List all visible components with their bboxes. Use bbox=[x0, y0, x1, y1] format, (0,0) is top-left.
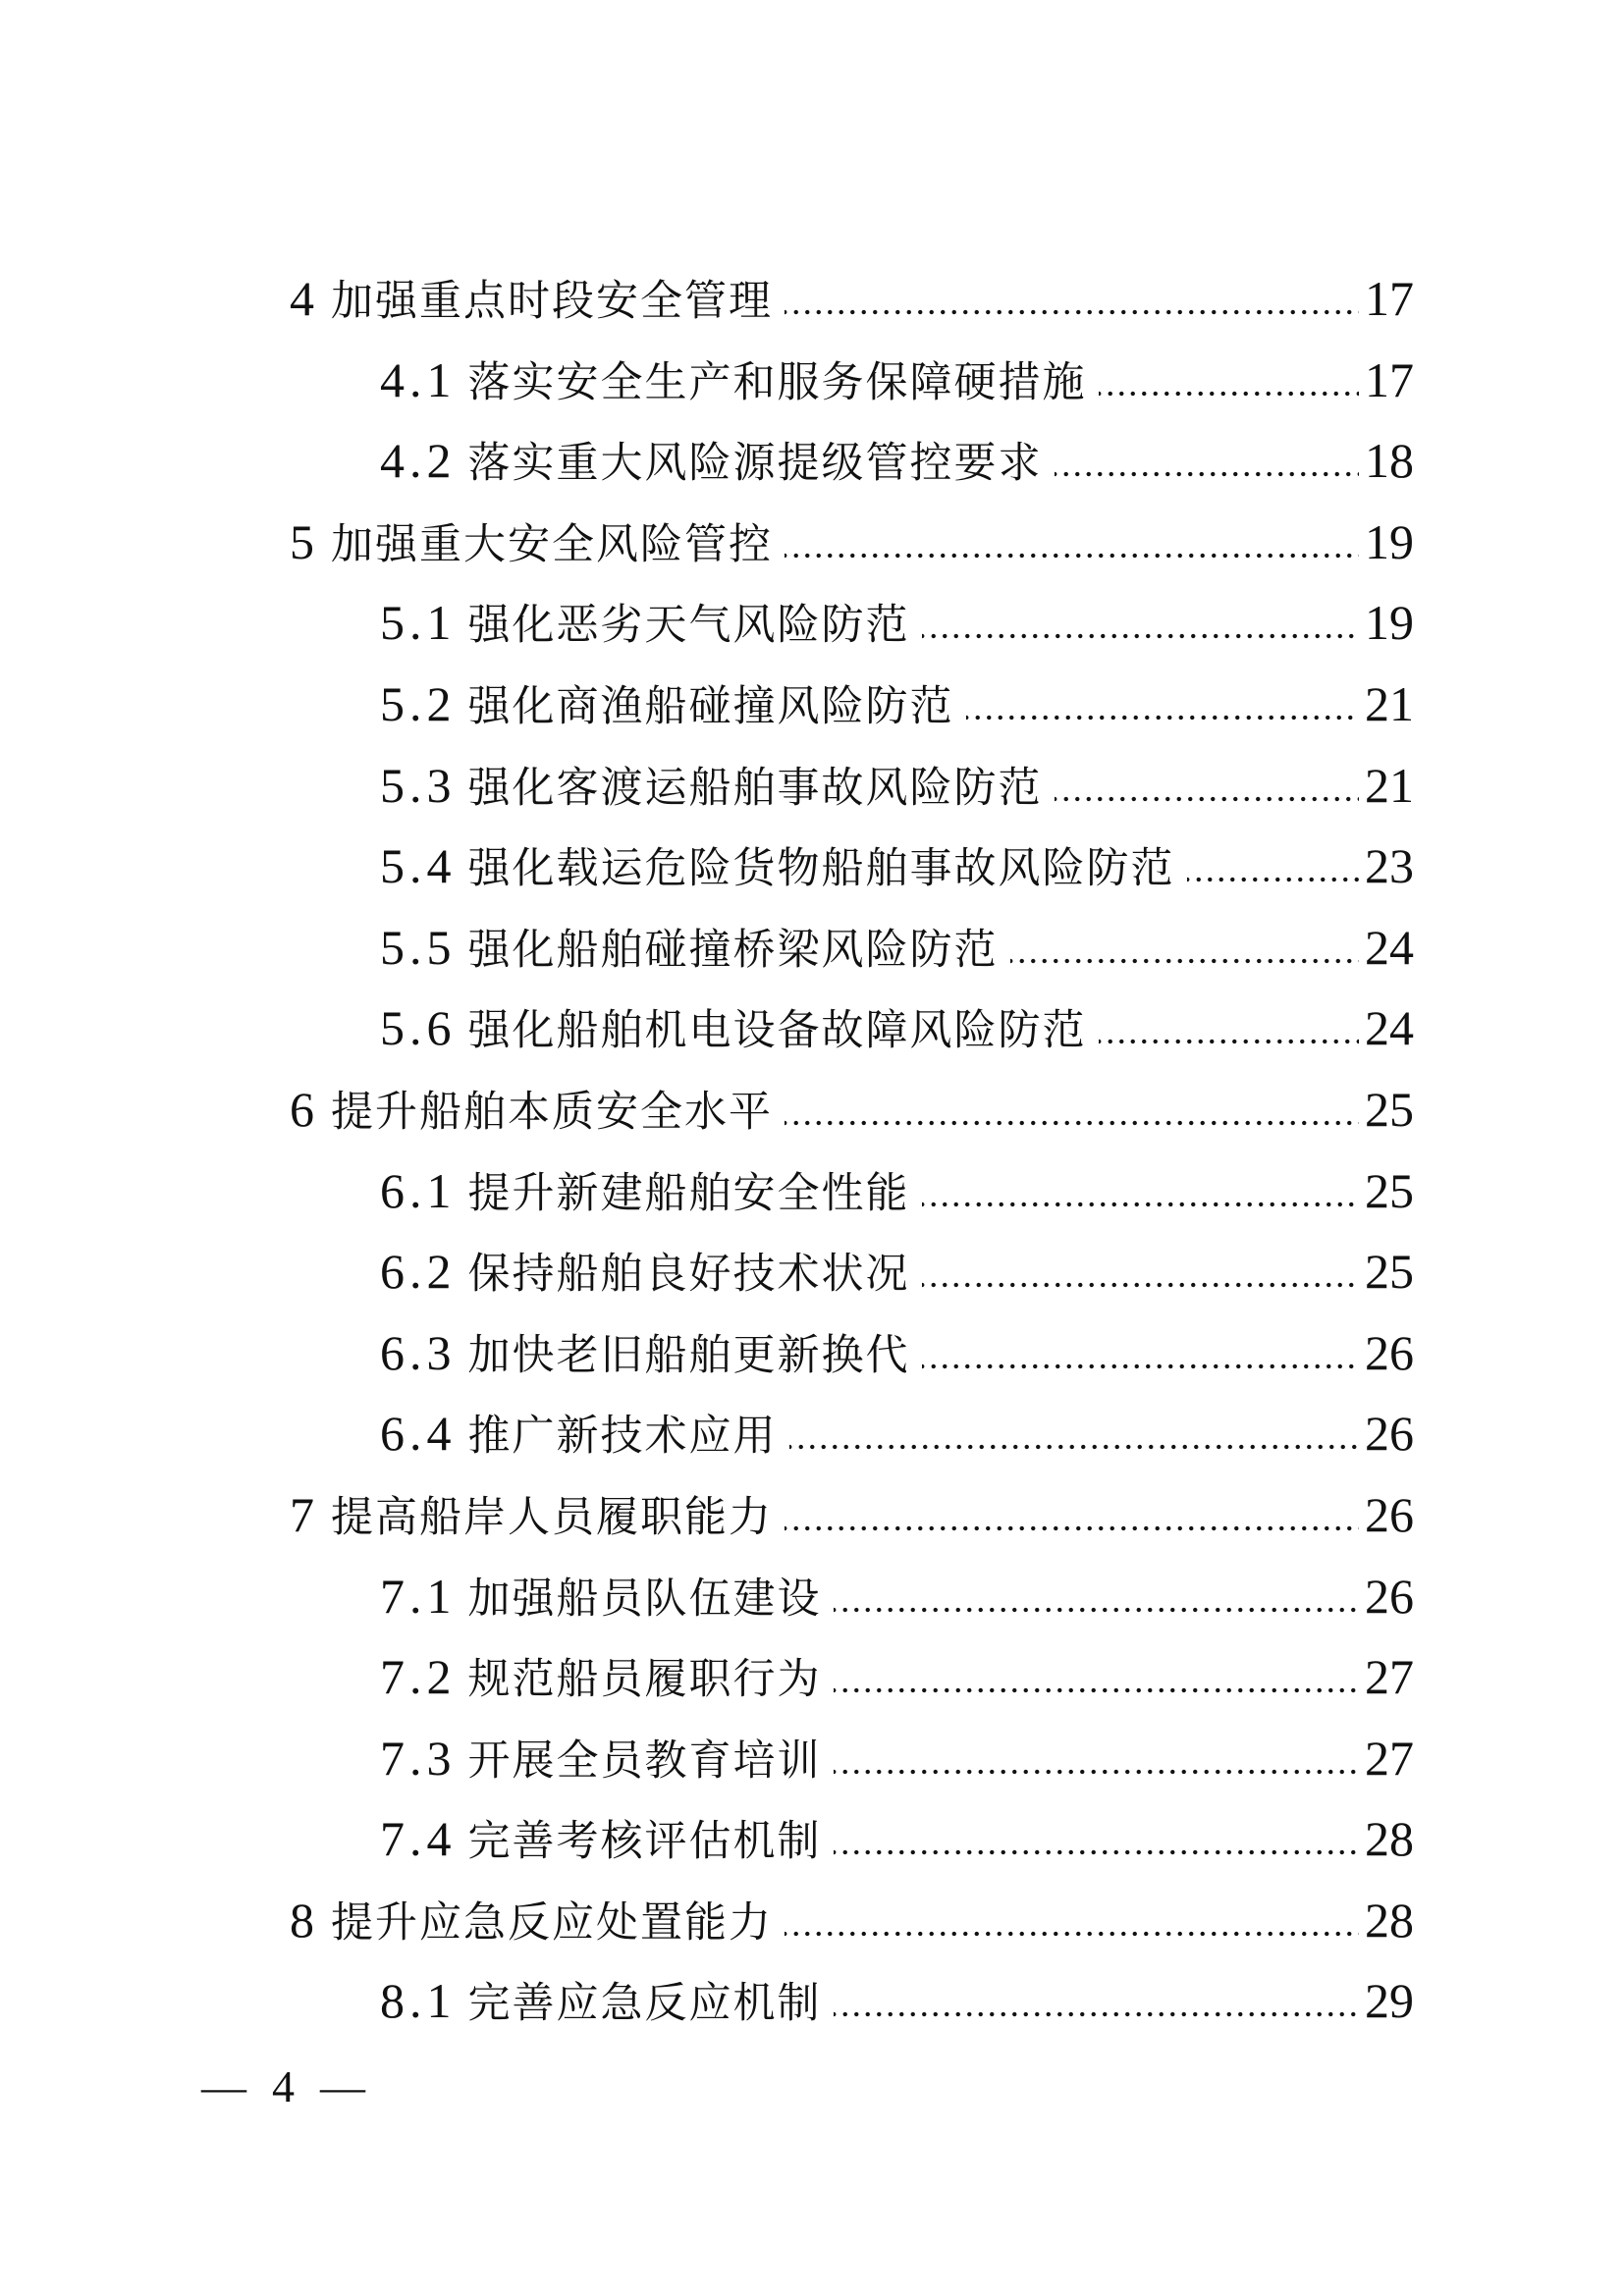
toc-entry-number: 6.4 bbox=[380, 1393, 457, 1474]
toc-entry: 6.1 提升新建船舶安全性能 25 bbox=[0, 1150, 1624, 1232]
toc-entry-number: 5.1 bbox=[380, 582, 457, 664]
toc-entry-page: 28 bbox=[1365, 1880, 1414, 1961]
toc-dot-leader bbox=[834, 1640, 1360, 1693]
toc-entry: 6.4 推广新技术应用 26 bbox=[0, 1393, 1624, 1474]
toc-dot-leader bbox=[785, 1073, 1359, 1126]
toc-entry: 5.5 强化船舶碰撞桥梁风险防范 24 bbox=[0, 907, 1624, 988]
toc-entry-title: 强化载运危险货物船舶事故风险防范 bbox=[468, 829, 1175, 911]
toc-dot-leader bbox=[1099, 991, 1360, 1044]
toc-dot-leader bbox=[1099, 344, 1360, 397]
toc-entry: 7.4 完善考核评估机制 28 bbox=[0, 1798, 1624, 1880]
toc-entry-page: 29 bbox=[1365, 1960, 1414, 2042]
toc-entry-number: 5.4 bbox=[380, 826, 457, 907]
toc-entry-title: 完善应急反应机制 bbox=[468, 1964, 822, 2046]
toc-entry-title: 推广新技术应用 bbox=[468, 1397, 778, 1478]
toc-dot-leader bbox=[785, 1884, 1359, 1937]
toc-dot-leader bbox=[834, 1560, 1360, 1613]
toc-entry-title: 强化客渡运船舶事故风险防范 bbox=[468, 749, 1043, 830]
toc-entry-number: 8 bbox=[290, 1880, 319, 1961]
page-footer: — 4 — bbox=[201, 2061, 365, 2112]
toc-dot-leader bbox=[1010, 911, 1360, 964]
toc-entry: 8.1 完善应急反应机制 29 bbox=[0, 1960, 1624, 2042]
toc-dot-leader bbox=[785, 262, 1359, 315]
toc-entry-title: 提高船岸人员履职能力 bbox=[331, 1478, 773, 1560]
toc-dot-leader bbox=[1187, 829, 1360, 882]
toc-entry-number: 5.2 bbox=[380, 664, 457, 745]
toc-entry: 5.3 强化客渡运船舶事故风险防范 21 bbox=[0, 745, 1624, 827]
toc-entry: 6.2 保持船舶良好技术状况 25 bbox=[0, 1231, 1624, 1312]
toc-dot-leader bbox=[922, 1235, 1360, 1288]
toc-entry-page: 24 bbox=[1365, 907, 1414, 988]
toc-entry-number: 8.1 bbox=[380, 1960, 457, 2042]
toc-entry-title: 强化船舶碰撞桥梁风险防范 bbox=[468, 911, 999, 992]
toc-entry: 7.1 加强船员队伍建设 26 bbox=[0, 1556, 1624, 1637]
toc-entry-number: 6.3 bbox=[380, 1312, 457, 1394]
toc-dot-leader bbox=[922, 1154, 1360, 1207]
document-page: 4 加强重点时段安全管理 17 4.1 落实安全生产和服务保障硬措施 17 4.… bbox=[0, 0, 1624, 2296]
toc-entry-page: 25 bbox=[1365, 1231, 1414, 1312]
toc-entry-number: 5.5 bbox=[380, 907, 457, 988]
toc-entry-title: 加强重大安全风险管控 bbox=[331, 506, 773, 587]
toc-entry: 7.3 开展全员教育培训 27 bbox=[0, 1718, 1624, 1799]
toc-entry-number: 7.1 bbox=[380, 1556, 457, 1637]
toc-entry: 7 提高船岸人员履职能力 26 bbox=[0, 1474, 1624, 1556]
toc-dot-leader bbox=[834, 1802, 1360, 1855]
toc-entry-title: 提升新建船舶安全性能 bbox=[468, 1154, 910, 1236]
toc-entry: 6 提升船舶本质安全水平 25 bbox=[0, 1069, 1624, 1150]
toc-entry: 4.2 落实重大风险源提级管控要求 18 bbox=[0, 420, 1624, 502]
toc-entry-page: 23 bbox=[1365, 826, 1414, 907]
toc-dot-leader bbox=[922, 1316, 1360, 1369]
toc-entry-number: 7.3 bbox=[380, 1718, 457, 1799]
footer-dash-left: — bbox=[201, 2061, 246, 2112]
toc-entry: 5.4 强化载运危险货物船舶事故风险防范 23 bbox=[0, 826, 1624, 907]
toc-dot-leader bbox=[785, 1478, 1359, 1531]
toc-entry-title: 提升应急反应处置能力 bbox=[331, 1884, 773, 1965]
toc-entry-page: 26 bbox=[1365, 1393, 1414, 1474]
toc-entry-title: 强化商渔船碰撞风险防范 bbox=[468, 667, 954, 749]
toc-dot-leader bbox=[1055, 424, 1360, 477]
toc-entry: 7.2 规范船员履职行为 27 bbox=[0, 1636, 1624, 1718]
toc-dot-leader bbox=[1055, 749, 1360, 802]
toc-entry: 5.1 强化恶劣天气风险防范 19 bbox=[0, 582, 1624, 664]
toc-entry-page: 27 bbox=[1365, 1636, 1414, 1718]
toc-entry-number: 4 bbox=[290, 258, 319, 340]
toc-entry-page: 25 bbox=[1365, 1069, 1414, 1150]
toc-entry-number: 6.2 bbox=[380, 1231, 457, 1312]
toc-entry-title: 保持船舶良好技术状况 bbox=[468, 1235, 910, 1316]
toc-entry-title: 加快老旧船舶更新换代 bbox=[468, 1316, 910, 1398]
toc-entry-page: 26 bbox=[1365, 1312, 1414, 1394]
toc-entry-page: 18 bbox=[1365, 420, 1414, 502]
toc-entry-number: 5 bbox=[290, 502, 319, 583]
toc-entry-title: 加强重点时段安全管理 bbox=[331, 262, 773, 344]
toc-dot-leader bbox=[966, 667, 1360, 721]
toc-entry: 5.2 强化商渔船碰撞风险防范 21 bbox=[0, 664, 1624, 745]
toc-entry-page: 19 bbox=[1365, 502, 1414, 583]
toc-entry-page: 19 bbox=[1365, 582, 1414, 664]
toc-entry-number: 6.1 bbox=[380, 1150, 457, 1232]
toc-entry-page: 26 bbox=[1365, 1556, 1414, 1637]
toc-entry-number: 4.2 bbox=[380, 420, 457, 502]
toc-entry-title: 规范船员履职行为 bbox=[468, 1640, 822, 1722]
toc-entry: 8 提升应急反应处置能力 28 bbox=[0, 1880, 1624, 1961]
toc-entry-title: 提升船舶本质安全水平 bbox=[331, 1073, 773, 1154]
toc-entry-page: 27 bbox=[1365, 1718, 1414, 1799]
toc-entry-title: 落实安全生产和服务保障硬措施 bbox=[468, 344, 1087, 425]
toc-entry-number: 6 bbox=[290, 1069, 319, 1150]
toc-entry: 5 加强重大安全风险管控 19 bbox=[0, 502, 1624, 583]
toc-entry-page: 17 bbox=[1365, 258, 1414, 340]
toc-entry: 5.6 强化船舶机电设备故障风险防范 24 bbox=[0, 988, 1624, 1069]
toc-entry-title: 完善考核评估机制 bbox=[468, 1802, 822, 1884]
toc-entry-number: 5.3 bbox=[380, 745, 457, 827]
toc-entry-page: 21 bbox=[1365, 745, 1414, 827]
toc-entry-number: 5.6 bbox=[380, 988, 457, 1069]
toc-entry-page: 17 bbox=[1365, 340, 1414, 421]
toc-entry: 4.1 落实安全生产和服务保障硬措施 17 bbox=[0, 340, 1624, 421]
toc-entry-title: 加强船员队伍建设 bbox=[468, 1560, 822, 1641]
toc-entry-page: 21 bbox=[1365, 664, 1414, 745]
toc-entry: 4 加强重点时段安全管理 17 bbox=[0, 258, 1624, 340]
toc-dot-leader bbox=[922, 586, 1360, 639]
toc-dot-leader bbox=[834, 1964, 1360, 2017]
table-of-contents: 4 加强重点时段安全管理 17 4.1 落实安全生产和服务保障硬措施 17 4.… bbox=[0, 258, 1624, 2042]
toc-entry-page: 28 bbox=[1365, 1798, 1414, 1880]
toc-entry-number: 7.2 bbox=[380, 1636, 457, 1718]
toc-entry-page: 25 bbox=[1365, 1150, 1414, 1232]
toc-entry-title: 开展全员教育培训 bbox=[468, 1722, 822, 1803]
toc-entry-number: 4.1 bbox=[380, 340, 457, 421]
toc-dot-leader bbox=[785, 506, 1359, 559]
toc-entry-title: 落实重大风险源提级管控要求 bbox=[468, 424, 1043, 506]
toc-entry-title: 强化恶劣天气风险防范 bbox=[468, 586, 910, 667]
footer-dash-right: — bbox=[320, 2061, 365, 2112]
toc-dot-leader bbox=[834, 1722, 1360, 1775]
toc-entry-page: 26 bbox=[1365, 1474, 1414, 1556]
toc-entry-page: 24 bbox=[1365, 988, 1414, 1069]
footer-page-number: 4 bbox=[272, 2061, 295, 2112]
toc-dot-leader bbox=[789, 1397, 1360, 1450]
toc-entry-title: 强化船舶机电设备故障风险防范 bbox=[468, 991, 1087, 1073]
toc-entry-number: 7 bbox=[290, 1474, 319, 1556]
toc-entry-number: 7.4 bbox=[380, 1798, 457, 1880]
toc-entry: 6.3 加快老旧船舶更新换代 26 bbox=[0, 1312, 1624, 1394]
